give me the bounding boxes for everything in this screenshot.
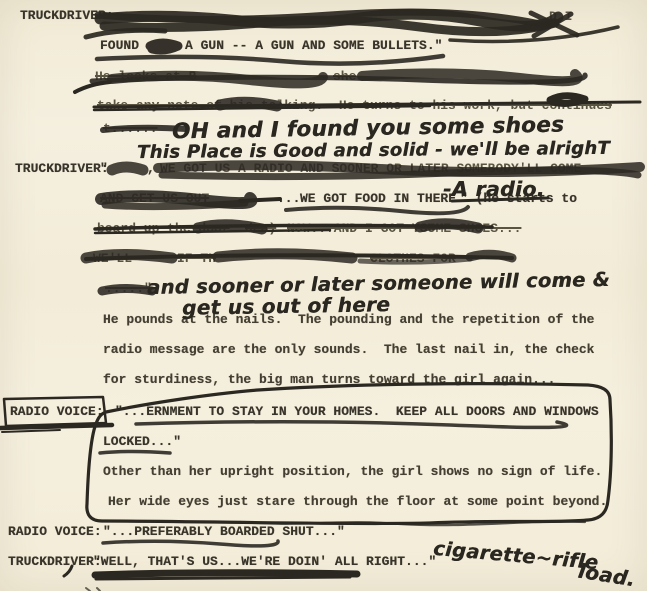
typed-line6-obliterated: WE GOT US A RADIO AND SOONER OR LATER SO… xyxy=(160,161,581,177)
typed-line8-frag4: SOME SHOES... xyxy=(420,221,521,237)
radio-dialogue-line-1: "...ERNMENT TO STAY IN YOUR HOMES. KEEP … xyxy=(115,404,599,420)
typed-line9-frag3: CLOTHES FOR xyxy=(370,251,456,267)
typed-line9-frag1: WE'LL xyxy=(93,251,132,267)
radio-dialogue-line-2: LOCKED..." xyxy=(103,434,181,450)
speaker-label-radio-voice-1: RADIO VOICE: xyxy=(10,404,104,420)
typed-line6-comma: , xyxy=(147,161,155,177)
handwritten-radio-note: -A radio. xyxy=(443,177,545,201)
typed-line6-quote: " xyxy=(100,161,108,177)
typed-line10-frag: ....." xyxy=(105,281,152,297)
typed-line3-frag1: He looks at B xyxy=(95,69,196,85)
action-line-2: radio message are the only sounds. The l… xyxy=(103,342,594,358)
script-page: TRUCKDRIVER: D I FOUND A GUN -- A GUN AN… xyxy=(0,0,647,591)
typed-line7-struck: AND GET US OUT xyxy=(100,191,209,207)
typed-line7-food: WE GOT FOOD IN THERE. xyxy=(300,191,464,207)
underline-locked xyxy=(100,452,170,454)
radio-dialogue-line-3: "...PREFERABLY BOARDED SHUT..." xyxy=(103,524,345,540)
underline-gun-line xyxy=(97,56,443,64)
typed-line1-tail: D I xyxy=(549,9,572,25)
scribble-blob-found xyxy=(150,43,178,50)
handwritten-solid-note: This Place is Good and solid - we'll be … xyxy=(137,138,610,163)
handwritten-prop-note-1: cigarette~rifle xyxy=(432,537,599,574)
typed-line5-frag: t...... xyxy=(103,121,158,137)
speaker-label-truckdriver-2: TRUCKDRIVER: xyxy=(15,161,109,177)
speaker-label-radio-voice-2: RADIO VOICE: xyxy=(8,524,102,540)
typed-line7-dots: ... xyxy=(277,191,300,207)
typed-line2-gun: A GUN -- A GUN AND SOME BULLETS." xyxy=(185,38,442,54)
truckdriver-final-line: "WELL, THAT'S US...WE'RE DOIN' ALL RIGHT… xyxy=(93,554,436,570)
speaker-label-truckdriver-3: TRUCKDRIVER: xyxy=(8,554,102,570)
typed-line3-frag2: she xyxy=(333,69,356,85)
handwritten-rescue-note-2: get us out of here xyxy=(182,292,390,320)
underline-radio-line1 xyxy=(136,422,567,428)
underline-food-line xyxy=(286,207,468,213)
action-line-3: for sturdiness, the big man turns toward… xyxy=(103,372,555,388)
typed-line8-frag2: den) xyxy=(245,221,276,237)
action-line-4: Other than her upright position, the gir… xyxy=(103,464,602,480)
typed-line8-frag1: board up the door xyxy=(97,221,230,237)
handwritten-prop-note-2: load. xyxy=(576,559,637,591)
typed-line2-found: FOUND xyxy=(100,38,139,54)
typed-line4-struck: take any note of his talking. He turns t… xyxy=(97,98,612,114)
underline-boarded-shut xyxy=(103,541,278,546)
typed-line8-frag3: NOW...AND I GOT YOU xyxy=(287,221,435,237)
action-line-5: Her wide eyes just stare through the flo… xyxy=(108,494,607,510)
underline-thats-us xyxy=(95,573,357,579)
speaker-label-truckdriver-1: TRUCKDRIVER: xyxy=(20,8,114,24)
typed-line9-frag2: IF TH xyxy=(177,251,216,267)
